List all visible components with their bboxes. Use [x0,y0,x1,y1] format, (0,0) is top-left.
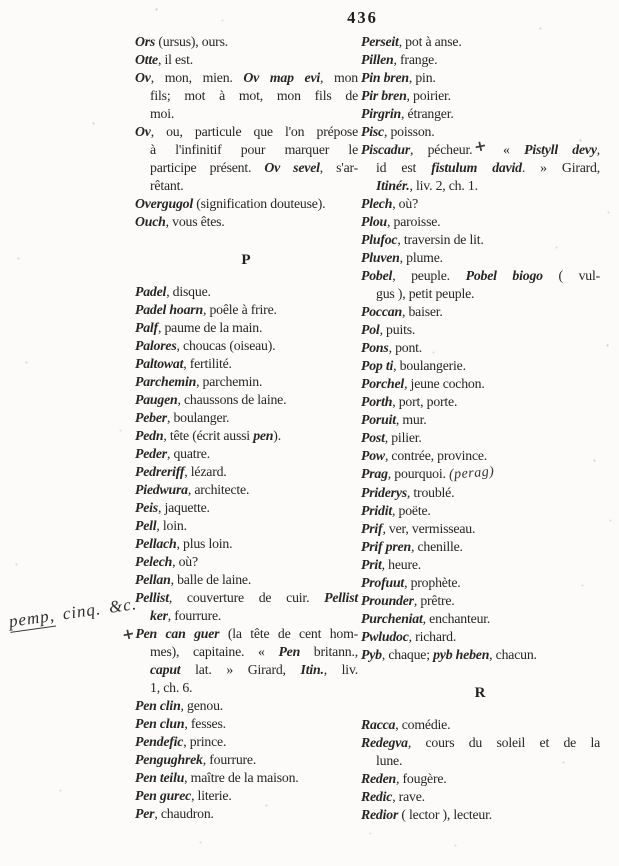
dictionary-entry: Purcheniat, enchanteur. [361,610,600,628]
entry-line: Pridit, poëte. [361,502,600,520]
headword: ker [150,608,168,623]
headword: Pyb [361,647,382,662]
headword: Plou [361,214,387,229]
dictionary-entry: Porchel, jeune cochon. [361,375,600,393]
dictionary-entry: Ov, ou, particule que l'on préposeà l'in… [135,123,358,195]
entry-line: 1, ch. 6. [135,679,358,697]
dictionary-entry: Otte, il est. [135,51,358,69]
entry-line: Pop ti, boulangerie. [361,357,600,375]
entry-line: Prounder, prêtre. [361,592,600,610]
headword: Prag [361,466,388,481]
entry-line: Piedwura, architecte. [135,481,358,499]
entry-line: Prag, pourquoi.(perag) [361,465,600,484]
dictionary-entry: Poruit, mur. [361,411,600,429]
headword: Pisc [361,124,384,139]
handwritten-cross-mark: + [121,626,136,643]
entry-line: Palores, choucas (oiseau). [135,337,358,355]
right-column: Perseit, pot à anse.Pillen, frange.Pin b… [361,33,600,824]
entry-line: Padel, disque. [135,283,358,301]
dictionary-entry: Pop ti, boulangerie. [361,357,600,375]
dictionary-entry: Piedwura, architecte. [135,481,358,499]
section-header-p: P [135,251,358,269]
dictionary-entry: Paltowat, fertilité. [135,355,358,373]
entry-line: à l'infinitif pour marquer le [135,141,358,159]
entry-line: Pellach, plus loin. [135,535,358,553]
entry-line: Perseit, pot à anse. [361,33,600,51]
headword: Pirgrin [361,106,401,121]
handwritten-cross-mark: + [473,138,488,155]
entry-line: +Pen can guer (la tête de cent hom- [135,625,358,643]
headword: Pobel [361,268,392,283]
dictionary-entry: Peder, quatre. [135,445,358,463]
entry-line: Pen teilu, maître de la maison. [135,769,358,787]
entry-line: Pons, pont. [361,339,600,357]
entry-line: fils; mot à mot, mon fils de [135,87,358,105]
entry-line: Pluven, plume. [361,249,600,267]
headword: Ov [135,70,151,85]
headword: Porchel [361,376,404,391]
headword: Redior [361,807,398,822]
headword: Pridit [361,503,392,518]
entry-line: lune. [361,752,600,770]
dictionary-entry: Pin bren, pin. [361,69,600,87]
dictionary-entry: Pow, contrée, province. [361,447,600,465]
entry-line: Prif, ver, vermisseau. [361,520,600,538]
entry-line: Pol, puits. [361,321,600,339]
dictionary-entry: Pridit, poëte. [361,502,600,520]
entry-line: Porchel, jeune cochon. [361,375,600,393]
headword: Pen gurec [135,788,191,803]
entry-line: Redegva, cours du soleil et de la [361,734,600,752]
headword: Pendefic [135,734,183,749]
dictionary-entry: Profuut, prophète. [361,574,600,592]
dictionary-entry: Priderys, troublé. [361,484,600,502]
headword: Pen clin [135,698,181,713]
headword: Pluven [361,250,400,265]
headword: Pellach [135,536,177,551]
headword: Per [135,806,154,821]
headword: Pir bren [361,88,407,103]
dictionary-entry: Plech, où? [361,195,600,213]
entry-line: Pellist, couverture de cuir. Pellist [135,589,358,607]
headword: Ors [135,34,155,49]
dictionary-entry: Pen clin, genou. [135,697,358,715]
dictionary-entry: Ouch, vous êtes. [135,213,358,231]
headword: Pobel biogo [466,268,543,283]
dictionary-entry: Prounder, prêtre. [361,592,600,610]
entry-line: caput lat. » Girard, Itin., liv. [135,661,358,679]
entry-line: rêtant. [135,177,358,195]
headword: Racca [361,717,395,732]
dictionary-entry: Pluven, plume. [361,249,600,267]
entry-line: Overgugol (signification douteuse). [135,195,358,213]
headword: Poccan [361,304,402,319]
headword: Prounder [361,593,414,608]
entry-line: Plech, où? [361,195,600,213]
headword: Ov map evi [243,70,320,85]
entry-line: Pyb, chaque; pyb heben, chacun. [361,646,600,664]
dictionary-entry: +Pen can guer (la tête de cent hom-mes),… [135,625,358,697]
entry-line: Plou, paroisse. [361,213,600,231]
headword: Redic [361,789,392,804]
dictionary-entry: Pobel, peuple. Pobel biogo ( vul-gus ), … [361,267,600,303]
section-header-r: R [361,684,600,702]
left-column: Ors (ursus), ours.Otte, il est.Ov, mon, … [135,33,358,823]
entry-line: Pwludoc, richard. [361,628,600,646]
entry-line: Pir bren, poirier. [361,87,600,105]
entry-line: Paltowat, fertilité. [135,355,358,373]
entry-line: Peis, jaquette. [135,499,358,517]
headword: Pin bren [361,70,409,85]
headword: Pellist [324,590,358,605]
dictionary-entry: Ov, mon, mien. Ov map evi, monfils; mot … [135,69,358,123]
headword: fistulum david [431,160,522,175]
entry-line: Pobel, peuple. Pobel biogo ( vul- [361,267,600,285]
dictionary-entry: Prit, heure. [361,556,600,574]
dictionary-entry: Palores, choucas (oiseau). [135,337,358,355]
headword: Pen can guer [135,626,219,641]
headword: Pell [135,518,156,533]
headword: Pillen [361,52,394,67]
dictionary-entry: Poccan, baiser. [361,303,600,321]
dictionary-entry: Pen teilu, maître de la maison. [135,769,358,787]
entry-line: Pedn, tête (écrit aussi pen). [135,427,358,445]
dictionary-entry: Pen gurec, literie. [135,787,358,805]
entry-line: moi. [135,105,358,123]
entry-line: Ors (ursus), ours. [135,33,358,51]
dictionary-entry: Overgugol (signification douteuse). [135,195,358,213]
entry-line: Peder, quatre. [135,445,358,463]
headword: Prif [361,521,382,536]
headword: Pow [361,448,385,463]
entry-line: Pow, contrée, province. [361,447,600,465]
entry-line: Plufoc, traversin de lit. [361,231,600,249]
entry-line: Reden, fougère. [361,770,600,788]
entry-line: Pell, loin. [135,517,358,535]
headword: Plufoc [361,232,397,247]
dictionary-entry: Pelech, où? [135,553,358,571]
entry-line: Pellan, balle de laine. [135,571,358,589]
entry-line: Per, chaudron. [135,805,358,823]
dictionary-entry: Pons, pont. [361,339,600,357]
headword: Prif pren [361,539,411,554]
entry-line: Redic, rave. [361,788,600,806]
entry-line: Pedreriff, lézard. [135,463,358,481]
headword: Otte [135,52,158,67]
headword: Peder [135,446,167,461]
dictionary-entry: Pellan, balle de laine. [135,571,358,589]
dictionary-entry: Pwludoc, richard. [361,628,600,646]
entry-line: Racca, comédie. [361,716,600,734]
headword: Pedn [135,428,163,443]
headword: Profuut [361,575,404,590]
entry-line: Paugen, chaussons de laine. [135,391,358,409]
dictionary-entry: Redegva, cours du soleil et de lalune. [361,734,600,770]
headword: Piscadur [361,142,410,157]
headword: Peis [135,500,158,515]
entry-line: Prit, heure. [361,556,600,574]
dictionary-entry: Pell, loin. [135,517,358,535]
entry-line: Pin bren, pin. [361,69,600,87]
margin-note-rest: cinq. &c. [53,594,138,624]
entry-line: ker, fourrure. [135,607,358,625]
headword: Ov [135,124,151,139]
dictionary-entry: Redior ( lector ), lecteur. [361,806,600,824]
dictionary-entry: Pillen, frange. [361,51,600,69]
headword: Ouch [135,214,166,229]
headword: pyb heben [433,647,489,662]
dictionary-entry: Padel hoarn, poêle à frire. [135,301,358,319]
dictionary-entry: Prag, pourquoi.(perag) [361,465,600,484]
entry-line: Pen clin, genou. [135,697,358,715]
entry-line: Profuut, prophète. [361,574,600,592]
entry-line: Redior ( lector ), lecteur. [361,806,600,824]
headword: Paugen [135,392,178,407]
entry-line: Ov, mon, mien. Ov map evi, mon [135,69,358,87]
dictionary-entry: Padel, disque. [135,283,358,301]
scan-noise-speckles [0,0,1,1]
dictionary-entry: Pellist, couverture de cuir. Pellistker,… [135,589,358,625]
entry-line: Ouch, vous êtes. [135,213,358,231]
headword: Itinér. [376,178,410,193]
entry-line: Pendefic, prince. [135,733,358,751]
entry-line: gus ), petit peuple. [361,285,600,303]
headword: Pen teilu [135,770,184,785]
headword: Parchemin [135,374,196,389]
headword: Pol [361,322,380,337]
headword: Porth [361,394,392,409]
headword: Redegva [361,735,408,750]
dictionary-entry: Palf, paume de la main. [135,319,358,337]
headword: Piedwura [135,482,188,497]
dictionary-entry: Redic, rave. [361,788,600,806]
entry-line: Padel hoarn, poêle à frire. [135,301,358,319]
page-number: 436 [135,8,590,28]
dictionary-entry: Parchemin, parchemin. [135,373,358,391]
entry-line: Pirgrin, étranger. [361,105,600,123]
headword: Pedreriff [135,464,184,479]
entry-line: Otte, il est. [135,51,358,69]
entry-line: Pen clun, fesses. [135,715,358,733]
dictionary-entry: Pyb, chaque; pyb heben, chacun. [361,646,600,664]
dictionary-entry: Pedreriff, lézard. [135,463,358,481]
dictionary-entry: Plou, paroisse. [361,213,600,231]
entry-line: Pelech, où? [135,553,358,571]
headword: Pistyll devy [524,142,597,157]
headword: Perseit [361,34,399,49]
entry-line: Palf, paume de la main. [135,319,358,337]
entry-line: Itinér., liv. 2, ch. 1. [361,177,600,195]
entry-line: Ov, ou, particule que l'on prépose [135,123,358,141]
dictionary-entry: Paugen, chaussons de laine. [135,391,358,409]
handwritten-margin-note: pemp, cinq. &c. [8,594,139,632]
dictionary-entry: Post, pilier. [361,429,600,447]
headword: Pwludoc [361,629,409,644]
headword: Pellan [135,572,171,587]
entry-line: participe présent. Ov sevel, s'ar- [135,159,358,177]
entry-line: Poccan, baiser. [361,303,600,321]
headword: Itin. [301,662,324,677]
entry-line: Parchemin, parchemin. [135,373,358,391]
dictionary-entry: Racca, comédie. [361,716,600,734]
headword: Pellist [135,590,169,605]
dictionary-entry: Peis, jaquette. [135,499,358,517]
dictionary-entry: Pir bren, poirier. [361,87,600,105]
entry-line: Pengughrek, fourrure. [135,751,358,769]
dictionary-entry: Piscadur, pécheur.+ « Pistyll devy,id es… [361,141,600,195]
headword: Post [361,430,385,445]
headword: Pengughrek [135,752,203,767]
dictionary-entry: Prif pren, chenille. [361,538,600,556]
dictionary-entry: Pol, puits. [361,321,600,339]
dictionary-entry: Pen clun, fesses. [135,715,358,733]
headword: Padel [135,284,166,299]
entry-line: Peber, boulanger. [135,409,358,427]
headword: Paltowat [135,356,183,371]
dictionary-entry: Perseit, pot à anse. [361,33,600,51]
dictionary-entry: Pengughrek, fourrure. [135,751,358,769]
headword: Pen [278,644,300,659]
entry-line: Priderys, troublé. [361,484,600,502]
headword: Padel hoarn [135,302,203,317]
headword: Peber [135,410,167,425]
handwritten-annotation: (perag) [448,463,495,484]
headword: Plech [361,196,392,211]
headword: Pons [361,340,389,355]
dictionary-entry: Plufoc, traversin de lit. [361,231,600,249]
entry-line: Poruit, mur. [361,411,600,429]
entry-line: Porth, port, porte. [361,393,600,411]
headword: Reden [361,771,396,786]
headword: Poruit [361,412,396,427]
dictionary-entry: Peber, boulanger. [135,409,358,427]
headword: pen [253,428,273,443]
dictionary-entry: Pellach, plus loin. [135,535,358,553]
entry-line: Piscadur, pécheur.+ « Pistyll devy, [361,141,600,159]
headword: Ov sevel [264,160,319,175]
headword: Purcheniat [361,611,423,626]
dictionary-entry: Pendefic, prince. [135,733,358,751]
headword: Pen clun [135,716,184,731]
entry-line: Purcheniat, enchanteur. [361,610,600,628]
dictionary-entry: Ors (ursus), ours. [135,33,358,51]
dictionary-entry: Pirgrin, étranger. [361,105,600,123]
entry-line: Prif pren, chenille. [361,538,600,556]
headword: Overgugol [135,196,193,211]
margin-note-word: pemp, [8,606,57,633]
headword: Prit [361,557,382,572]
entry-line: Post, pilier. [361,429,600,447]
headword: Palf [135,320,158,335]
headword: Palores [135,338,177,353]
dictionary-entry: Pedn, tête (écrit aussi pen). [135,427,358,445]
headword: Priderys [361,485,407,500]
dictionary-entry: Per, chaudron. [135,805,358,823]
entry-line: Pillen, frange. [361,51,600,69]
entry-line: id est fistulum david. » Girard, [361,159,600,177]
dictionary-entry: Reden, fougère. [361,770,600,788]
headword: caput [150,662,180,677]
dictionary-entry: Prif, ver, vermisseau. [361,520,600,538]
headword: Pelech [135,554,172,569]
dictionary-entry: Porth, port, porte. [361,393,600,411]
headword: Pop ti [361,358,393,373]
entry-line: mes), capitaine. « Pen britann., [135,643,358,661]
entry-line: Pen gurec, literie. [135,787,358,805]
